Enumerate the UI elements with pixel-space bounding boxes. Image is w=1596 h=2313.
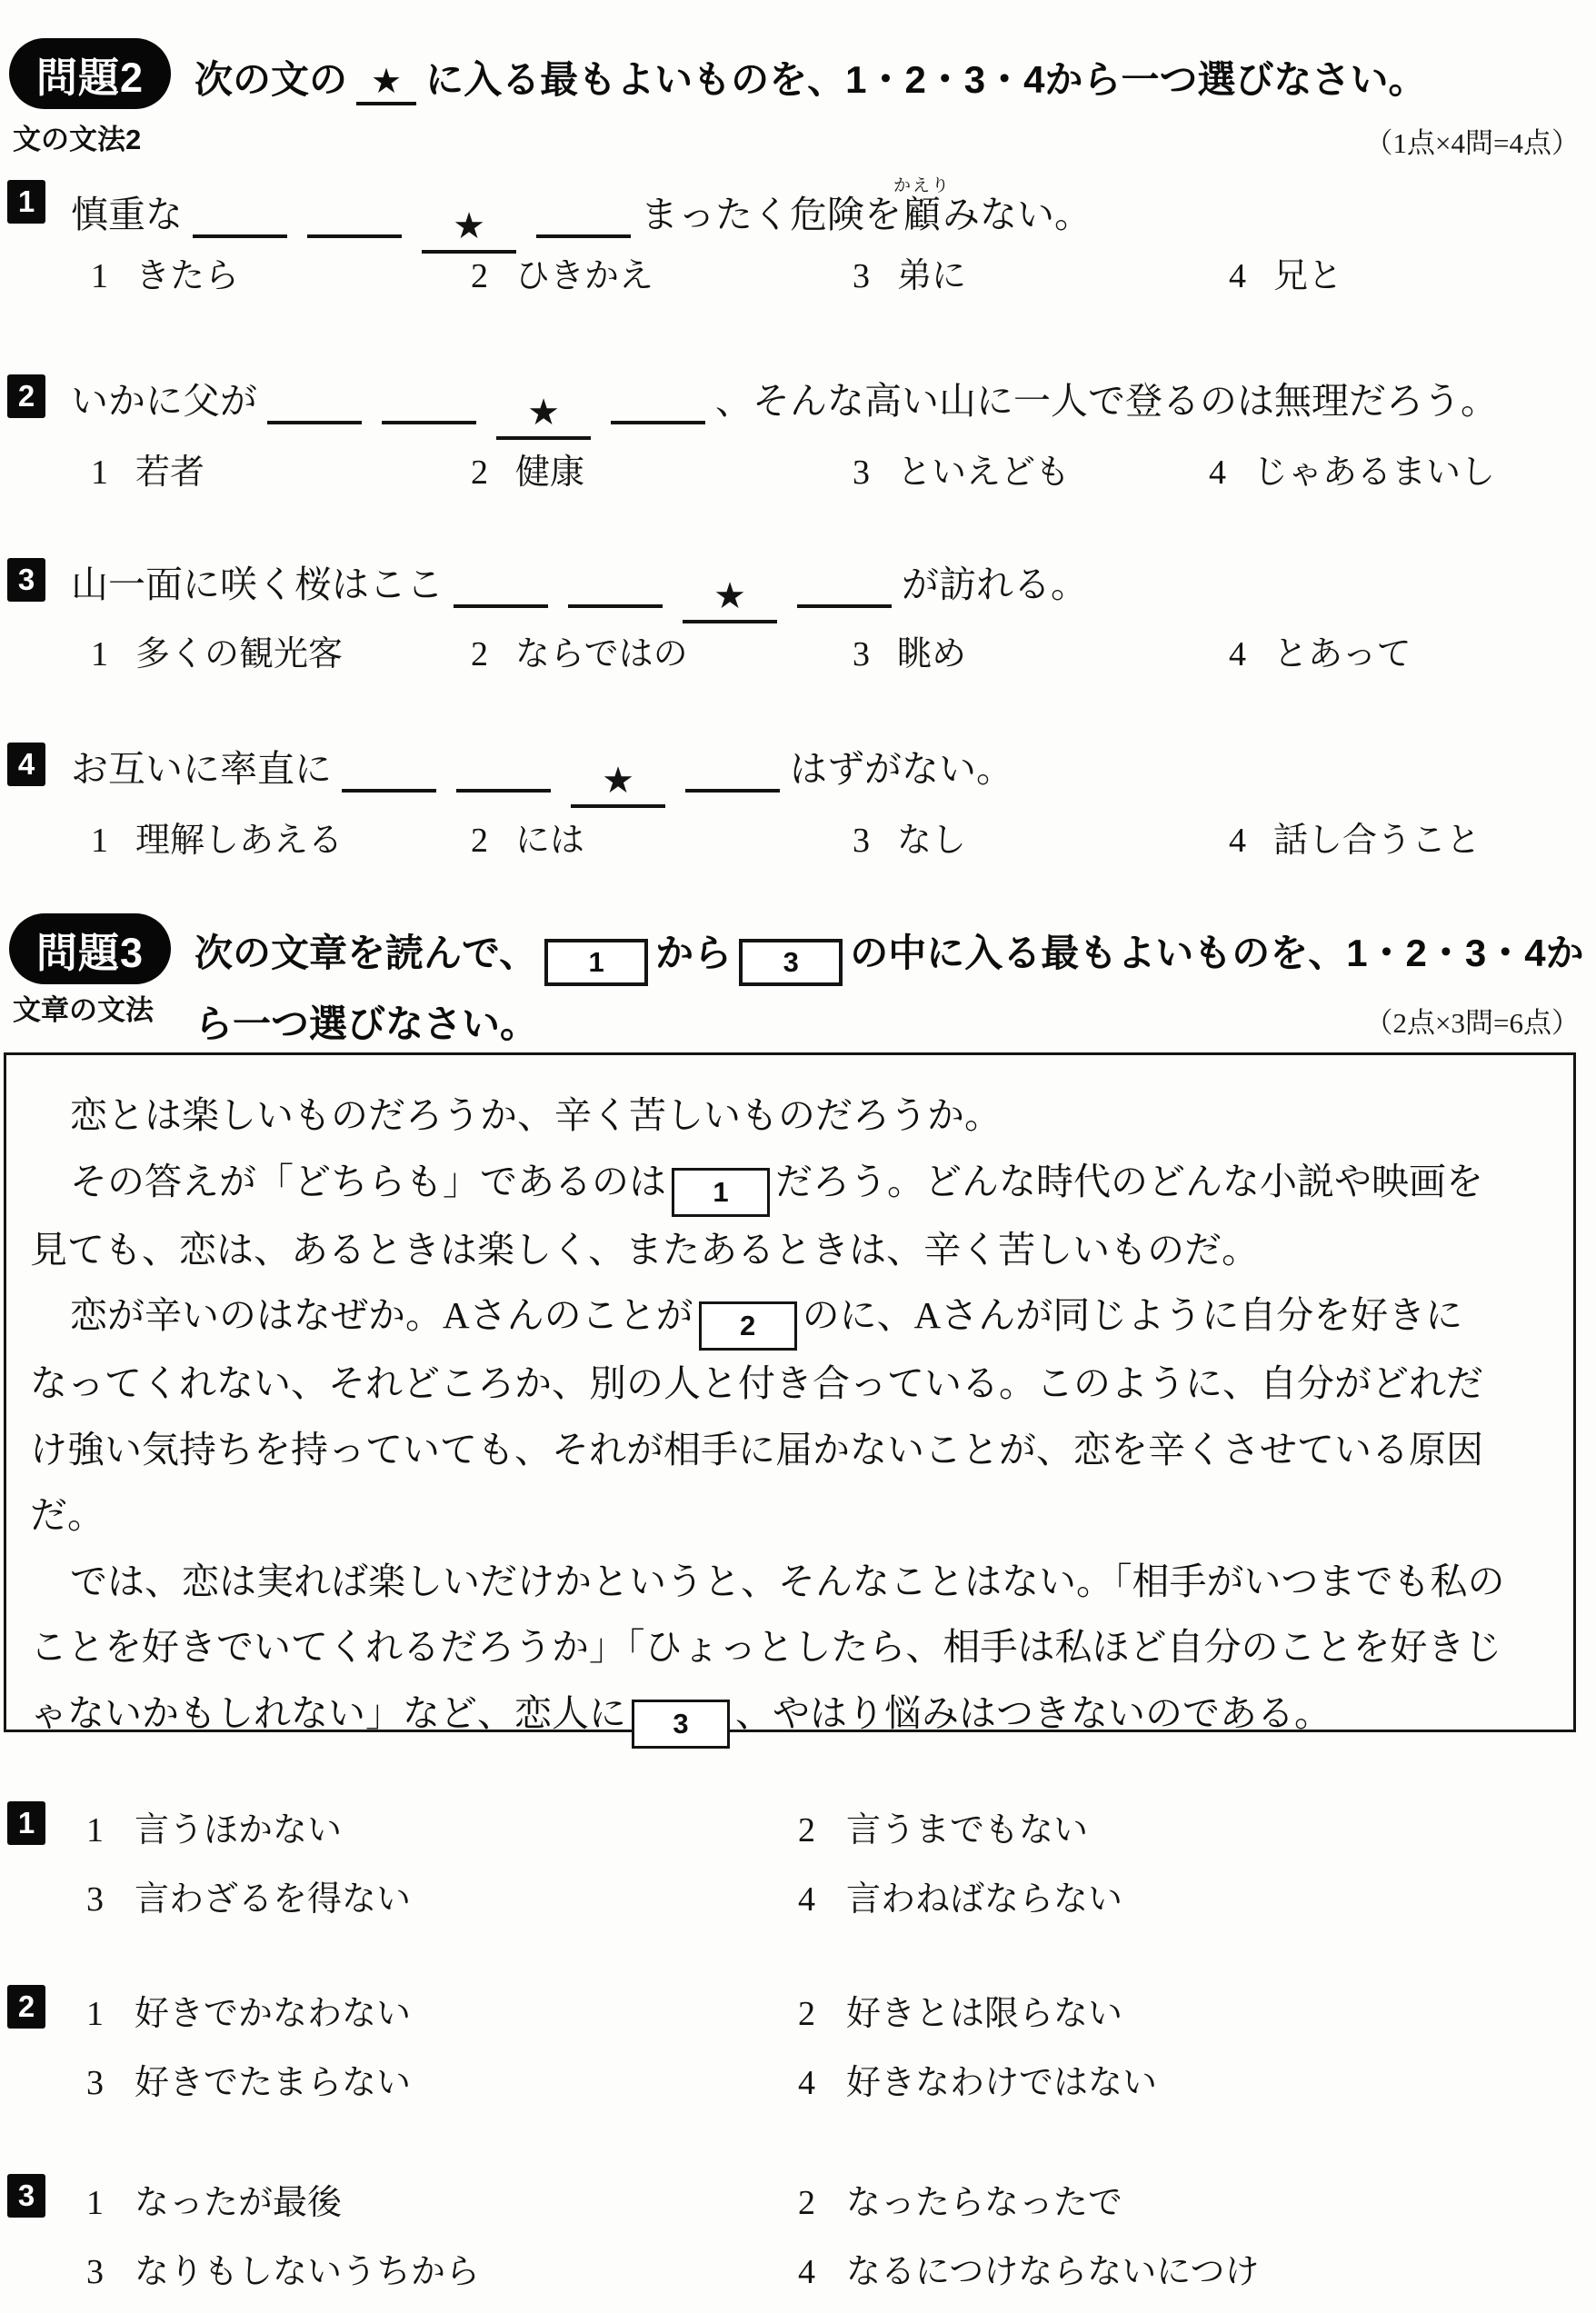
option-label: 好きなわけではない: [846, 2064, 1157, 2102]
option-4: 4とあって: [1229, 625, 1411, 675]
option-label: 多くの観光客: [135, 635, 343, 673]
question1-sentence: 慎重な★まったく危険を顧かえりみない。: [71, 176, 1092, 254]
ruby-furigana: かえり: [893, 176, 951, 195]
option-3: 3好きでたまらない: [86, 2054, 411, 2104]
option-number: 1: [86, 2183, 104, 2223]
sentence-tail: が訪れる。: [902, 563, 1088, 605]
question-ref-box-1: 1: [544, 939, 648, 986]
instruction-text-post: の中に入る最もよいものを、1・2・3・4か: [850, 932, 1583, 974]
question4-options: 1理解しあえる 2には 3なし 4話し合うこと: [0, 812, 1596, 868]
answer-blank: [536, 189, 631, 238]
sentence-tail: 、そんな高い山に一人で登るのは無理だろう。: [715, 380, 1498, 422]
passage-line: 恋とは楽しいものだろうか、辛く苦しいものだろうか。: [30, 1082, 1548, 1149]
option-3: 3といえども: [853, 444, 1070, 494]
star-icon: ★: [527, 392, 560, 433]
option-1: 1言うほかない: [86, 1801, 342, 1851]
passage-line: なってくれない、それどころか、別の人と付き合っている。このように、自分がどれだ: [30, 1351, 1548, 1417]
passage-text: 、やはり悩みはつきないのである。: [735, 1692, 1332, 1734]
sentence-tail: はずがない。: [790, 748, 1013, 790]
option-1: 1理解しあえる: [91, 812, 343, 862]
option-4: 4好きなわけではない: [798, 2054, 1157, 2104]
passage-line: その答えが「どちらも」であるのは1だろう。どんな時代のどんな小説や映画を: [30, 1149, 1548, 1217]
option-label: 好きでたまらない: [135, 2064, 411, 2102]
option-number: 3: [853, 821, 870, 861]
option-number: 1: [91, 821, 108, 861]
star-icon: ★: [602, 760, 634, 801]
option-label: 話し合うこと: [1273, 822, 1481, 860]
option-label: 若者: [135, 454, 204, 492]
option-number: 2: [798, 1810, 815, 1850]
question4-marker: 4: [7, 743, 45, 786]
question2-marker: 2: [7, 374, 45, 418]
option-label: 言うほかない: [135, 1811, 342, 1849]
option-number: 3: [86, 1879, 104, 1919]
problem2-subtitle: 文の文法2: [13, 116, 141, 157]
option-label: 言うまでもない: [846, 1811, 1088, 1849]
star-blank: ★: [683, 574, 777, 623]
option-3: 3なりもしないうちから: [86, 2243, 480, 2293]
passage-line: では、恋は実れば楽しいだけかというと、そんなことはない。「相手がいつまでも私の: [30, 1549, 1548, 1615]
option-label: 言わざるを得ない: [135, 1880, 411, 1919]
p3-question2-marker: 2: [7, 1985, 45, 2029]
test-page: 問題2 次の文の★に入る最もよいものを、1・2・3・4から一つ選びなさい。 文の…: [0, 0, 1596, 2313]
option-number: 4: [1209, 453, 1226, 493]
option-2: 2言うまでもない: [798, 1801, 1088, 1851]
option-3: 3弟に: [853, 247, 966, 297]
sentence-lead: 慎重な: [71, 194, 183, 235]
option-number: 1: [86, 1994, 104, 2034]
blank-box-1: 1: [672, 1168, 770, 1217]
option-label: ひきかえ: [515, 257, 653, 295]
option-4: 4じゃあるまいし: [1209, 444, 1495, 494]
problem3-subtitle: 文章の文法: [13, 987, 154, 1028]
question4-sentence: お互いに率直に★はずがない。: [71, 739, 1013, 808]
option-number: 4: [1229, 634, 1246, 674]
answer-blank: [342, 743, 436, 793]
option-number: 3: [853, 634, 870, 674]
option-label: には: [515, 822, 584, 860]
blank-box-2: 2: [699, 1301, 797, 1351]
option-number: 4: [798, 2063, 815, 2103]
option-1: 1なったが最後: [86, 2174, 342, 2224]
star-blank: ★: [496, 391, 591, 440]
passage-line: だ。: [30, 1482, 1548, 1549]
passage-text: ゃないかもしれない」など、恋人に: [30, 1692, 626, 1734]
answer-blank: [611, 375, 705, 424]
question-ref-box-3: 3: [739, 939, 843, 986]
passage-text: 恋が辛いのはなぜか。Aさんのことが: [70, 1294, 693, 1336]
answer-blank: [193, 189, 287, 238]
option-3: 3なし: [853, 812, 966, 862]
question2-sentence: いかに父が★、そんな高い山に一人で登るのは無理だろう。: [71, 371, 1498, 440]
option-4: 4話し合うこと: [1229, 812, 1481, 862]
option-number: 3: [86, 2252, 104, 2292]
option-label: じゃあるまいし: [1253, 454, 1495, 492]
option-number: 4: [798, 1879, 815, 1919]
option-label: 眺め: [897, 635, 966, 673]
answer-blank: [456, 743, 551, 793]
reading-passage-box: 恋とは楽しいものだろうか、辛く苦しいものだろうか。 その答えが「どちらも」である…: [4, 1052, 1576, 1732]
option-4: 4なるにつけならないにつけ: [798, 2243, 1259, 2293]
option-2: 2なったらなったで: [798, 2174, 1122, 2224]
option-number: 2: [798, 1994, 815, 2034]
sentence-lead: お互いに率直に: [71, 748, 332, 790]
star-underline: ★: [356, 61, 416, 105]
option-2: 2には: [471, 812, 584, 862]
option-number: 1: [91, 634, 108, 674]
option-number: 1: [91, 256, 108, 296]
option-number: 3: [853, 453, 870, 493]
option-label: なりもしないうちから: [135, 2253, 480, 2291]
option-label: 言わねばならない: [846, 1880, 1122, 1919]
option-number: 4: [1229, 821, 1246, 861]
option-1: 1好きでかなわない: [86, 1985, 411, 2035]
sentence-lead: いかに父が: [71, 380, 257, 422]
problem2-badge: 問題2: [9, 38, 171, 109]
option-3: 3言わざるを得ない: [86, 1870, 411, 1920]
star-icon: ★: [371, 63, 402, 101]
question3-sentence: 山一面に咲く桜はここ★が訪れる。: [71, 554, 1088, 623]
problem2-points: （1点×4問=4点）: [1365, 120, 1580, 161]
blank-box-3: 3: [632, 1700, 730, 1749]
passage-line: 恋が辛いのはなぜか。Aさんのことが2のに、Aさんが同じように自分を好きに: [30, 1282, 1548, 1351]
option-label: きたら: [135, 257, 239, 295]
option-number: 2: [798, 2183, 815, 2223]
tail-post: みない。: [943, 194, 1092, 235]
p3-question3-marker: 3: [7, 2174, 45, 2218]
option-1: 1きたら: [91, 247, 239, 297]
ruby-kanji: 顧かえり: [902, 194, 943, 235]
option-number: 2: [471, 634, 488, 674]
option-label: なったらなったで: [846, 2184, 1122, 2222]
passage-text: のに、Aさんが同じように自分を好きに: [803, 1294, 1463, 1336]
option-label: ならではの: [515, 635, 688, 673]
instruction-text-pre: 次の文章を読んで、: [195, 932, 537, 974]
option-number: 4: [1229, 256, 1246, 296]
question3-options: 1多くの観光客 2ならではの 3眺め 4とあって: [0, 625, 1596, 682]
answer-blank: [267, 375, 362, 424]
problem3-instruction-line2: ら一つ選びなさい。: [195, 994, 538, 1049]
option-1: 1多くの観光客: [91, 625, 343, 675]
option-label: 健康: [515, 454, 584, 492]
option-label: 好きでかなわない: [135, 1995, 411, 2033]
option-label: なし: [897, 822, 966, 860]
star-blank: ★: [422, 204, 516, 254]
option-number: 2: [471, 821, 488, 861]
question2-options: 1若者 2健康 3といえども 4じゃあるまいし: [0, 444, 1596, 500]
problem2-instruction: 次の文の★に入る最もよいものを、1・2・3・4から一つ選びなさい。: [195, 50, 1427, 105]
question3-marker: 3: [7, 558, 45, 602]
option-1: 1若者: [91, 444, 204, 494]
option-label: 理解しあえる: [135, 822, 343, 860]
passage-line: ことを好きでいてくれるだろうか」「ひょっとしたら、相手は私ほど自分のことを好きじ: [30, 1614, 1548, 1680]
answer-blank: [568, 559, 663, 608]
p3-question1-marker: 1: [7, 1801, 45, 1845]
option-label: 兄と: [1273, 257, 1342, 295]
problem3-badge: 問題3: [9, 913, 171, 984]
option-label: とあって: [1273, 635, 1411, 673]
tail-pre: まったく危険を: [641, 194, 902, 235]
option-number: 1: [91, 453, 108, 493]
passage-line: け強い気持ちを持っていても、それが相手に届かないことが、恋を辛くさせている原因: [30, 1417, 1548, 1483]
passage-text: だろう。どんな時代のどんな小説や映画を: [775, 1161, 1483, 1202]
option-number: 2: [471, 256, 488, 296]
star-icon: ★: [713, 575, 746, 616]
passage-line: ゃないかもしれない」など、恋人に3、やはり悩みはつきないのである。: [30, 1680, 1548, 1749]
option-number: 1: [86, 1810, 104, 1850]
sentence-tail: まったく危険を顧かえりみない。: [641, 194, 1092, 235]
option-label: なったが最後: [135, 2184, 342, 2222]
instruction-text-pre: 次の文の: [195, 58, 347, 101]
option-2: 2好きとは限らない: [798, 1985, 1122, 2035]
instruction-text-mid: から: [655, 932, 732, 974]
option-3: 3眺め: [853, 625, 966, 675]
passage-text: その答えが「どちらも」であるのは: [70, 1161, 666, 1202]
option-number: 2: [471, 453, 488, 493]
answer-blank: [307, 189, 402, 238]
option-label: 好きとは限らない: [846, 1995, 1122, 2033]
star-blank: ★: [571, 759, 665, 808]
question1-options: 1きたら 2ひきかえ 3弟に 4兄と: [0, 247, 1596, 304]
answer-blank: [454, 559, 548, 608]
answer-blank: [382, 375, 476, 424]
problem3-points: （2点×3問=6点）: [1365, 1000, 1580, 1041]
option-2: 2ひきかえ: [471, 247, 653, 297]
option-label: 弟に: [897, 257, 966, 295]
option-4: 4言わねばならない: [798, 1870, 1122, 1920]
option-2: 2ならではの: [471, 625, 688, 675]
option-number: 4: [798, 2252, 815, 2292]
answer-blank: [685, 743, 780, 793]
question1-marker: 1: [7, 180, 45, 224]
star-icon: ★: [453, 205, 485, 246]
option-2: 2健康: [471, 444, 584, 494]
option-label: といえども: [897, 454, 1070, 492]
option-number: 3: [853, 256, 870, 296]
option-label: なるにつけならないにつけ: [846, 2253, 1259, 2291]
answer-blank: [797, 559, 892, 608]
instruction-text-post: に入る最もよいものを、1・2・3・4から一つ選びなさい。: [425, 58, 1426, 101]
sentence-lead: 山一面に咲く桜はここ: [71, 563, 444, 605]
passage-line: 見ても、恋は、あるときは楽しく、またあるときは、辛く苦しいものだ。: [30, 1217, 1548, 1283]
option-number: 3: [86, 2063, 104, 2103]
option-4: 4兄と: [1229, 247, 1342, 297]
problem3-instruction-line1: 次の文章を読んで、1から3の中に入る最もよいものを、1・2・3・4か: [195, 923, 1584, 986]
